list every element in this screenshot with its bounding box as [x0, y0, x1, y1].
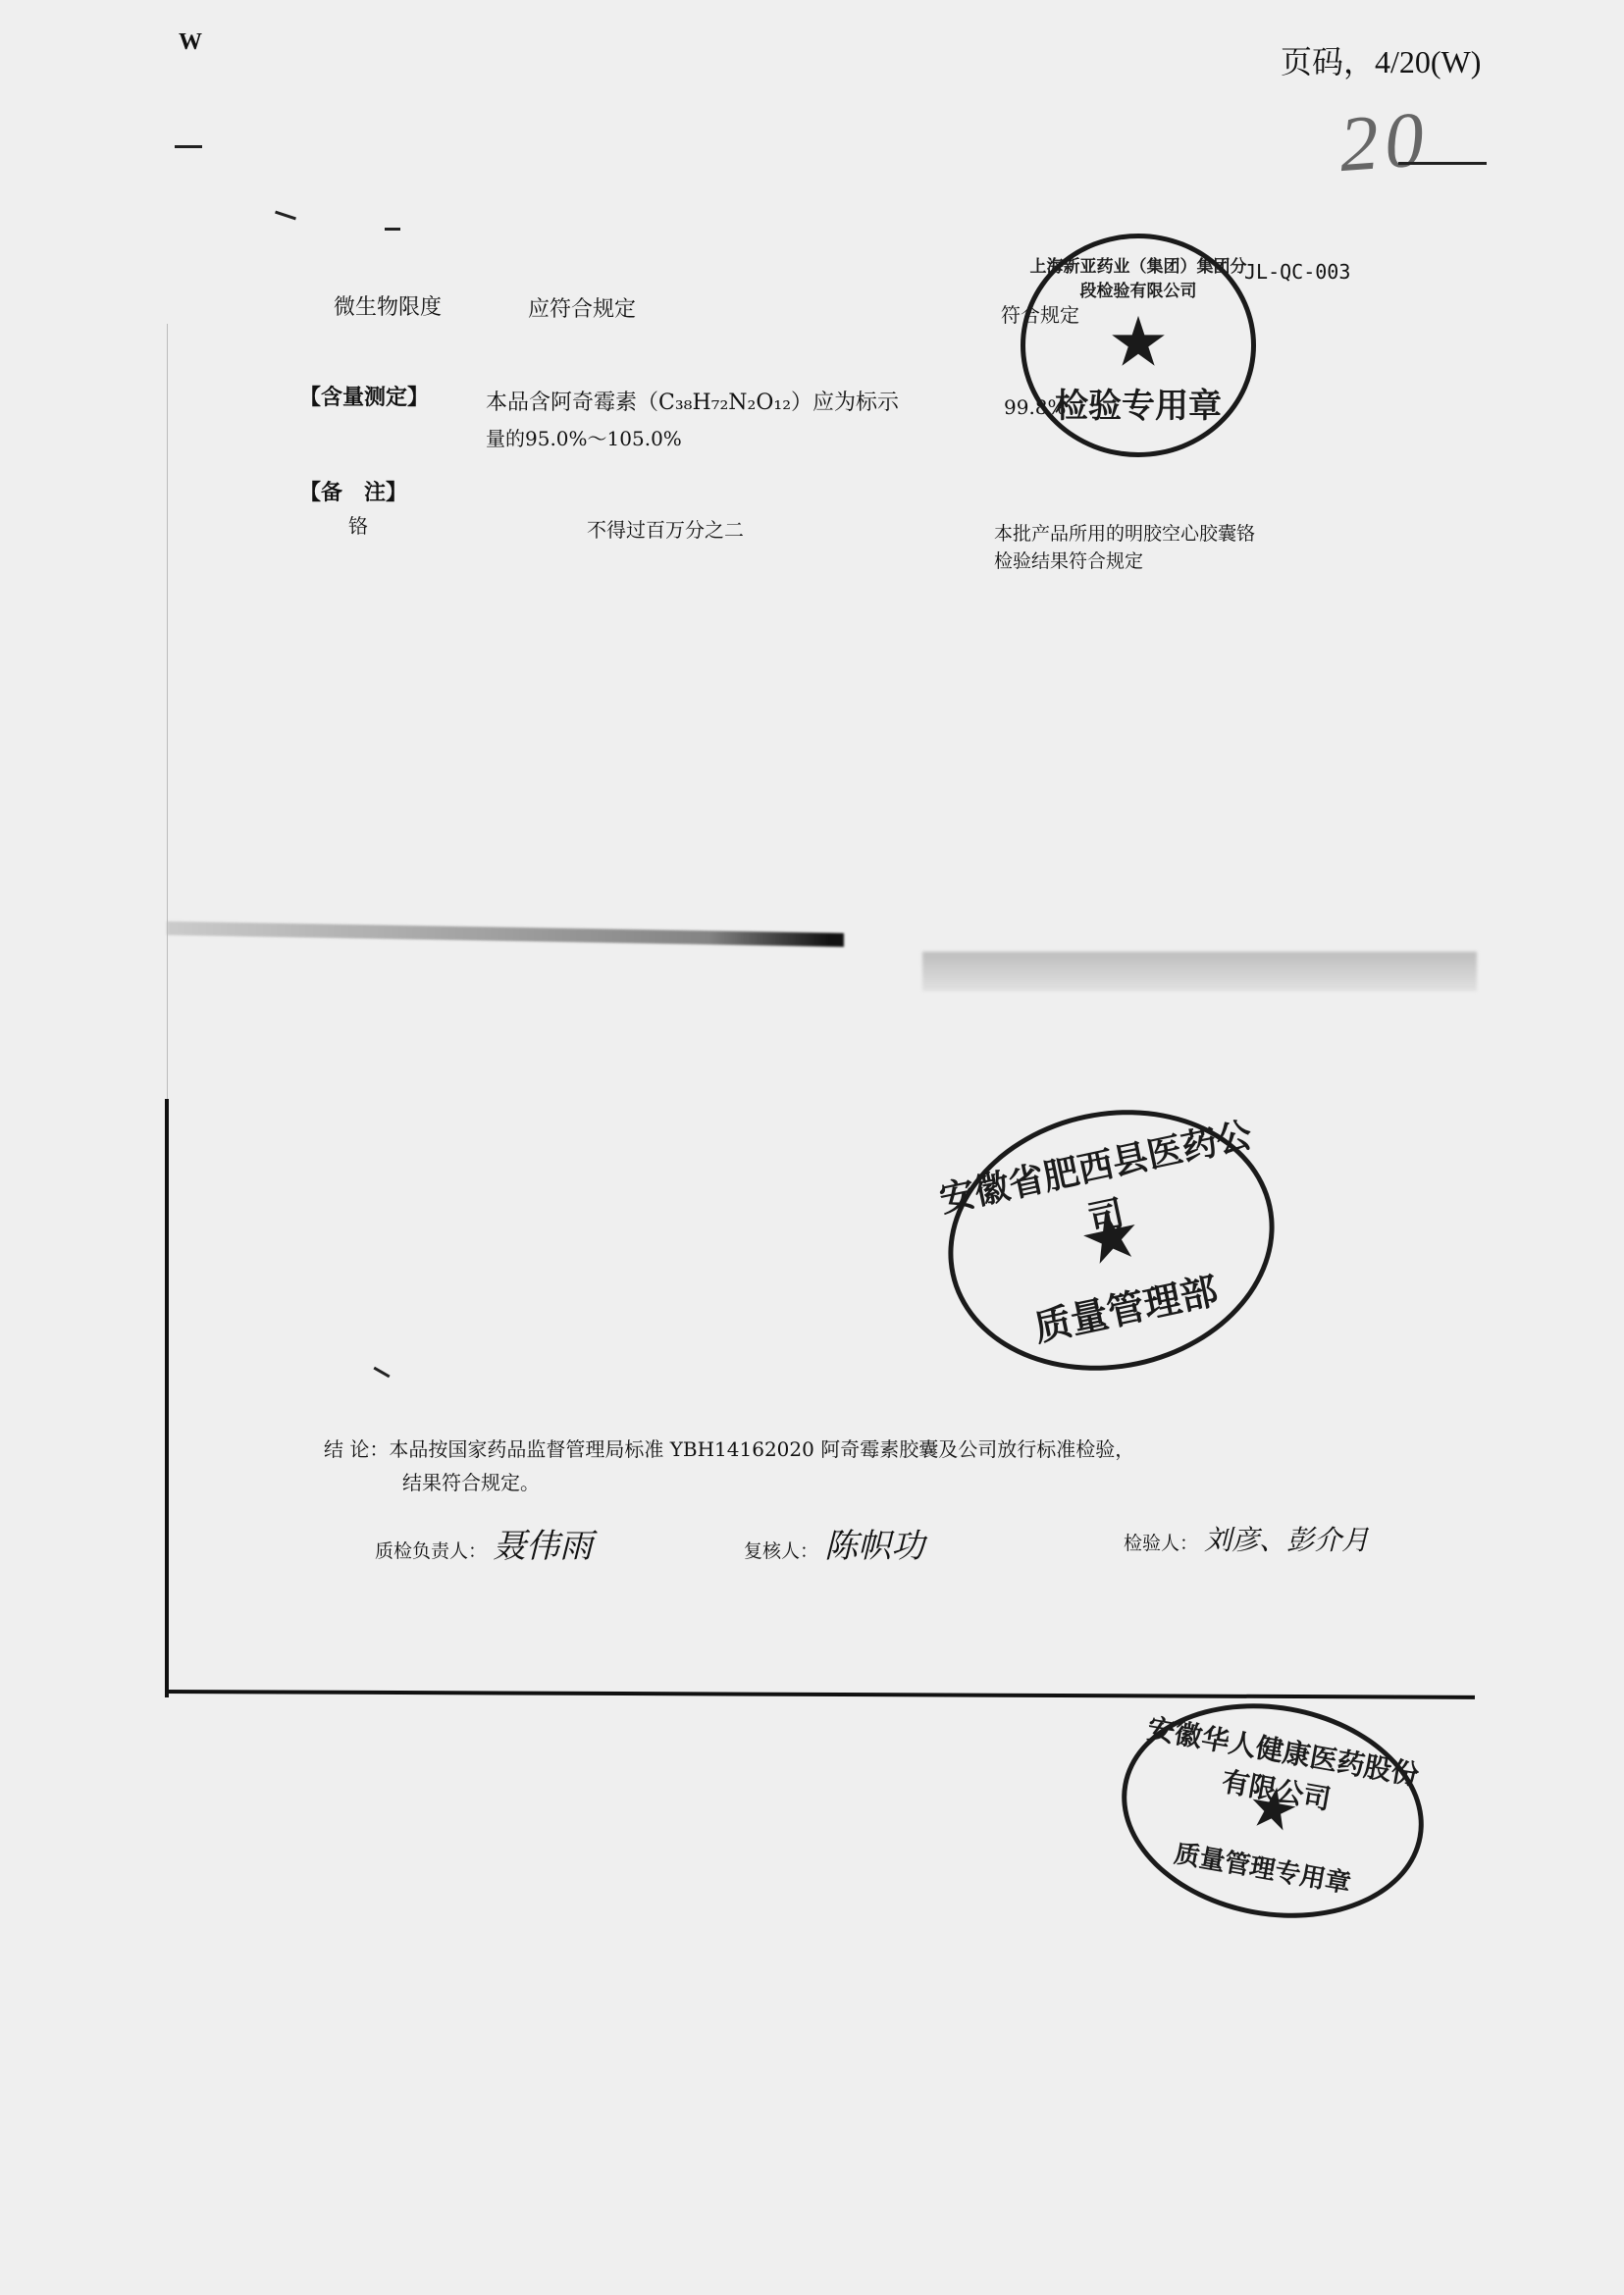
corner-mark: W — [179, 29, 202, 56]
form-code: JL-QC-003 — [1244, 260, 1350, 284]
reviewer-sig: 陈帜功 — [824, 1529, 924, 1565]
remark-result-line1: 本批产品所用的明胶空心胶囊铬 — [994, 520, 1406, 548]
remark-result-line2: 检验结果符合规定 — [994, 548, 1406, 575]
remark-name: 铬 — [348, 510, 368, 539]
test-name: 微生物限度 — [334, 290, 442, 321]
stamp-center-text: 检验专用章 — [1025, 379, 1251, 427]
scan-speck — [385, 228, 400, 231]
conclusion-line1: 本品按国家药品监督管理局标准 YBH14162020 阿奇霉素胶囊及公司放行标准… — [389, 1437, 1134, 1461]
reviewer-label: 复核人： — [744, 1540, 818, 1562]
test-spec: 应符合规定 — [528, 292, 636, 323]
page-border-left-faint — [167, 324, 168, 1099]
remark-spec: 不得过百万分之二 — [587, 514, 744, 543]
page-border-left — [165, 1099, 169, 1697]
assay-spec: 本品含阿奇霉素（C₃₈H₇₂N₂O₁₂）应为标示 量的95.0%～105.0% — [486, 386, 976, 456]
fold-crease — [167, 921, 844, 947]
scan-speck — [373, 1367, 390, 1379]
page-border-bottom — [165, 1690, 1475, 1699]
qc-head-sig: 聂伟雨 — [493, 1529, 593, 1565]
page-number: 页码，4/20(W) — [1281, 37, 1481, 82]
handwritten-underline — [1398, 162, 1487, 165]
conclusion-line2: 结果符合规定。 — [324, 1466, 1403, 1499]
company-quality-stamp: 安徽华人健康医药股份有限公司 ★ 质量管理专用章 — [1105, 1681, 1441, 1942]
remark-result: 本批产品所用的明胶空心胶囊铬 检验结果符合规定 — [994, 520, 1406, 575]
qc-head-label: 质检负责人： — [375, 1540, 487, 1562]
quality-dept-stamp: 安徽省肥西县医药公司 ★ 质量管理部 — [923, 1080, 1298, 1400]
conclusion-label: 结 论： — [324, 1437, 389, 1461]
conclusion: 结 论：本品按国家药品监督管理局标准 YBH14162020 阿奇霉素胶囊及公司… — [324, 1433, 1403, 1499]
inspector-label: 检验人： — [1124, 1533, 1198, 1554]
assay-spec-line2: 量的95.0%～105.0% — [486, 421, 976, 456]
assay-spec-line1: 本品含阿奇霉素（C₃₈H₇₂N₂O₁₂）应为标示 — [486, 386, 976, 421]
reviewer-signature: 复核人： 陈帜功 — [744, 1519, 924, 1567]
star-icon: ★ — [1243, 1776, 1303, 1841]
scan-speck — [175, 145, 202, 148]
inspector-sig: 刘彦、彭介月 — [1204, 1526, 1369, 1556]
scan-speck — [275, 211, 296, 221]
qc-head-signature: 质检负责人： 聂伟雨 — [375, 1519, 593, 1567]
handwritten-page-number: 20 — [1336, 95, 1433, 190]
fold-shadow — [922, 952, 1477, 991]
inspector-signature: 检验人： 刘彦、彭介月 — [1124, 1519, 1369, 1558]
assay-label: 【含量测定】 — [299, 381, 429, 411]
star-icon: ★ — [1108, 308, 1170, 377]
remarks-label: 【备 注】 — [299, 476, 407, 506]
stamp-ring-text: 上海新亚药业（集团）集团分段检验有限公司 — [1025, 252, 1251, 301]
inspection-stamp: 上海新亚药业（集团）集团分段检验有限公司 ★ 检验专用章 — [1021, 234, 1256, 457]
